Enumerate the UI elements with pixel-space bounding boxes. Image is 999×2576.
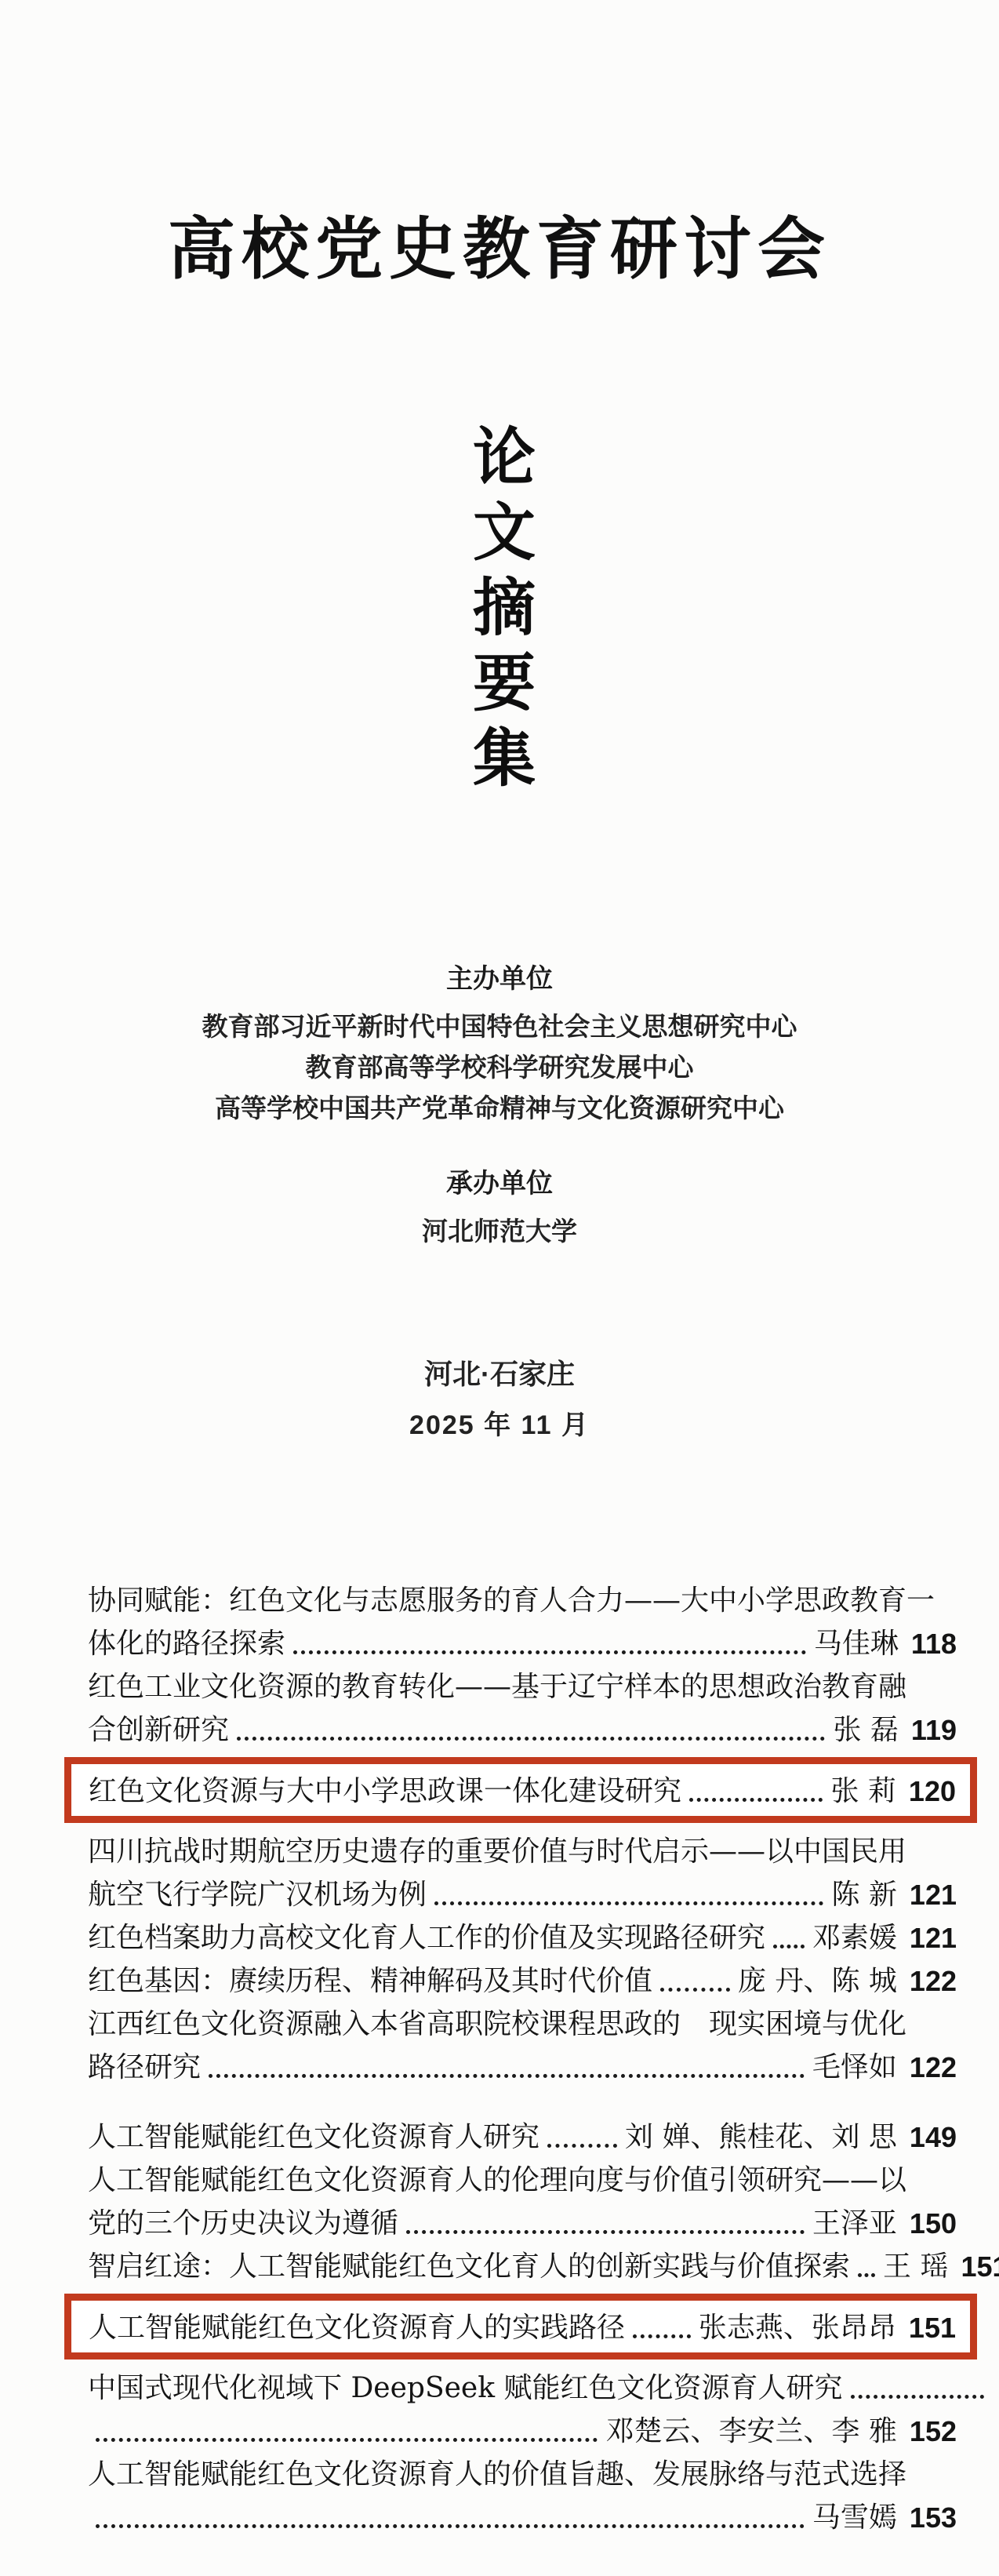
toc-entry-page: 151 (909, 2312, 956, 2345)
host-org-line: 教育部高等学校科学研究发展中心 (0, 1047, 999, 1088)
toc-entry-title: 协同赋能：红色文化与志愿服务的育人合力——大中小学思政教育一 (88, 1585, 935, 1617)
toc-entry-author: 邓素媛 (812, 1922, 897, 1955)
toc-row: 人工智能赋能红色文化资源育人的价值旨趣、发展脉络与范式选择 (88, 2458, 957, 2491)
dot-leader (434, 1901, 823, 1905)
venue-line: 河北·石家庄 (0, 1352, 999, 1392)
toc-entry-author: 陈 新 (831, 1879, 896, 1912)
table-of-contents: 协同赋能：红色文化与志愿服务的育人合力——大中小学思政教育一 体化的路径探索 马… (0, 1585, 999, 2576)
toc-row: 红色档案助力高校文化育人工作的价值及实现路径研究 邓素媛 121 (88, 1922, 957, 1955)
toc-row: 中国式现代化视域下 DeepSeek 赋能红色文化资源育人研究 (88, 2372, 957, 2405)
toc-entry-page: 150 (910, 2207, 957, 2240)
dot-leader (660, 1988, 730, 1992)
toc-row: 人工智能赋能红色文化资源育人研究 刘 婵、熊桂花、刘 思 149 (88, 2121, 957, 2154)
host-org-line: 高等学校中国共产党革命精神与文化资源研究中心 (0, 1088, 999, 1129)
dot-leader (209, 2074, 805, 2078)
toc-entry-page: 118 (911, 1628, 957, 1661)
toc-row: 人工智能赋能红色文化资源育人的伦理向度与价值引领研究——以 (88, 2164, 957, 2197)
dot-leader (858, 2273, 875, 2277)
toc-row: 智启红途：人工智能赋能红色文化育人的创新实践与价值探索 王 瑶 151 (88, 2250, 957, 2283)
dot-leader (96, 2524, 805, 2528)
toc-row: 航空飞行学院广汉机场为例 陈 新 121 (88, 1879, 957, 1912)
dot-leader (237, 1737, 825, 1741)
toc-entry-title: 合创新研究 (88, 1714, 229, 1747)
toc-entry-author: 张 磊 (833, 1714, 898, 1747)
dot-leader (689, 1798, 823, 1802)
toc-row: 体化的路径探索 马佳琳 118 (88, 1628, 957, 1661)
toc-entry-page: 122 (910, 1965, 957, 1998)
toc-entry-author: 庞 丹、陈 城 (738, 1965, 897, 1998)
toc-entry-page: 122 (910, 2051, 957, 2084)
toc-entry-page: 121 (910, 1879, 957, 1912)
dot-leader (547, 2144, 617, 2148)
toc-entry-title: 人工智能赋能红色文化资源育人的价值旨趣、发展脉络与范式选择 (88, 2458, 906, 2491)
toc-entry-page: 119 (911, 1714, 957, 1747)
toc-entry-author: 王泽亚 (812, 2207, 897, 2240)
dot-leader (406, 2230, 805, 2234)
toc-entry-author: 邓楚云、李安兰、李 雅 (605, 2415, 896, 2448)
cover-section: 高校党史教育研讨会 论文摘要集 主办单位 教育部习近平新时代中国特色社会主义思想… (0, 0, 999, 1442)
organizer-section: 承办单位 河北师范大学 (0, 1162, 999, 1252)
date-line: 2025 年 11 月 (0, 1403, 999, 1442)
host-org-line: 教育部习近平新时代中国特色社会主义思想研究中心 (0, 1006, 999, 1047)
toc-entry-page: 120 (909, 1775, 956, 1808)
toc-row: 协同赋能：红色文化与志愿服务的育人合力——大中小学思政教育一 (88, 1585, 957, 1617)
toc-entry-title: 人工智能赋能红色文化资源育人的伦理向度与价值引领研究——以 (88, 2164, 906, 2197)
toc-entry-title: 红色文化资源与大中小学思政课一体化建设研究 (89, 1775, 681, 1808)
toc-entry-author: 马雪嫣 (812, 2501, 897, 2534)
toc-row: 江西红色文化资源融入本省高职院校课程思政的 现实困境与优化 (88, 2008, 957, 2041)
toc-entry-title: 智启红途：人工智能赋能红色文化育人的创新实践与价值探索 (88, 2250, 850, 2283)
highlight-box-2: 人工智能赋能红色文化资源育人的实践路径 张志燕、张昂昂 151 (64, 2294, 977, 2360)
toc-entry-title: 路径研究 (88, 2051, 201, 2084)
toc-row: 路径研究 毛怿如 122 (88, 2051, 957, 2084)
toc-row: 红色基因：赓续历程、精神解码及其时代价值 庞 丹、陈 城 122 (88, 1965, 957, 1998)
toc-entry-title: 红色档案助力高校文化育人工作的价值及实现路径研究 (88, 1922, 765, 1955)
dot-leader (96, 2438, 598, 2442)
organizer-org-line: 河北师范大学 (0, 1211, 999, 1252)
toc-row: 四川抗战时期航空历史遗存的重要价值与时代启示——以中国民用 (88, 1836, 957, 1868)
toc-entry-title: 红色工业文化资源的教育转化——基于辽宁样本的思想政治教育融 (88, 1671, 906, 1704)
toc-entry-author: 毛怿如 (812, 2051, 897, 2084)
toc-row: 邓楚云、李安兰、李 雅 152 (88, 2415, 957, 2448)
toc-row: 马雪嫣 153 (88, 2501, 957, 2534)
dot-leader (633, 2334, 691, 2338)
toc-entry-page: 149 (910, 2121, 957, 2154)
host-section: 主办单位 教育部习近平新时代中国特色社会主义思想研究中心 教育部高等学校科学研究… (0, 957, 999, 1129)
toc-entry-author: 刘 婵、熊桂花、刘 思 (625, 2121, 897, 2154)
toc-row: 红色工业文化资源的教育转化——基于辽宁样本的思想政治教育融 (88, 1671, 957, 1704)
toc-entry-page: 151 (961, 2250, 999, 2283)
toc-entry-author: 马佳琳 (814, 1628, 899, 1661)
toc-entry-title: 党的三个历史决议为遵循 (88, 2207, 398, 2240)
toc-entry-author: 张志燕、张昂昂 (699, 2312, 896, 2345)
toc-entry-author: 王 瑶 (883, 2250, 948, 2283)
toc-row: 合创新研究 张 磊 119 (88, 1714, 957, 1747)
toc-entry-title: 江西红色文化资源融入本省高职院校课程思政的 现实困境与优化 (88, 2008, 906, 2041)
organizer-section-label: 承办单位 (0, 1162, 999, 1200)
toc-row-highlighted: 人工智能赋能红色文化资源育人的实践路径 张志燕、张昂昂 151 (89, 2312, 956, 2345)
toc-entry-title: 人工智能赋能红色文化资源育人的实践路径 (89, 2312, 625, 2345)
toc-entry-title: 红色基因：赓续历程、精神解码及其时代价值 (88, 1965, 652, 1998)
toc-entry-title: 中国式现代化视域下 DeepSeek 赋能红色文化资源育人研究 (88, 2372, 843, 2405)
dot-leader (293, 1650, 806, 1654)
scanned-cover-page: 高校党史教育研讨会 论文摘要集 主办单位 教育部习近平新时代中国特色社会主义思想… (0, 0, 999, 2576)
subtitle-wrap: 论文摘要集 (0, 424, 999, 800)
dot-leader (851, 2395, 984, 2399)
host-section-label: 主办单位 (0, 957, 999, 995)
highlight-box-1: 红色文化资源与大中小学思政课一体化建设研究 张 莉 120 (64, 1757, 977, 1823)
toc-entry-title: 人工智能赋能红色文化资源育人研究 (88, 2121, 539, 2154)
toc-entry-title: 四川抗战时期航空历史遗存的重要价值与时代启示——以中国民用 (88, 1836, 906, 1868)
toc-entry-author: 张 莉 (830, 1775, 895, 1808)
toc-entry-page: 121 (910, 1922, 957, 1955)
conference-title: 高校党史教育研讨会 (0, 195, 999, 292)
toc-entry-title: 航空飞行学院广汉机场为例 (88, 1879, 427, 1912)
toc-entry-page: 152 (910, 2415, 957, 2448)
toc-entry-page: 153 (910, 2501, 957, 2534)
toc-section-gap (88, 2094, 957, 2121)
collection-subtitle-vertical: 论文摘要集 (455, 424, 545, 800)
toc-row-highlighted: 红色文化资源与大中小学思政课一体化建设研究 张 莉 120 (89, 1775, 956, 1808)
dot-leader (773, 1945, 805, 1948)
toc-entry-title: 体化的路径探索 (88, 1628, 285, 1661)
toc-row: 党的三个历史决议为遵循 王泽亚 150 (88, 2207, 957, 2240)
